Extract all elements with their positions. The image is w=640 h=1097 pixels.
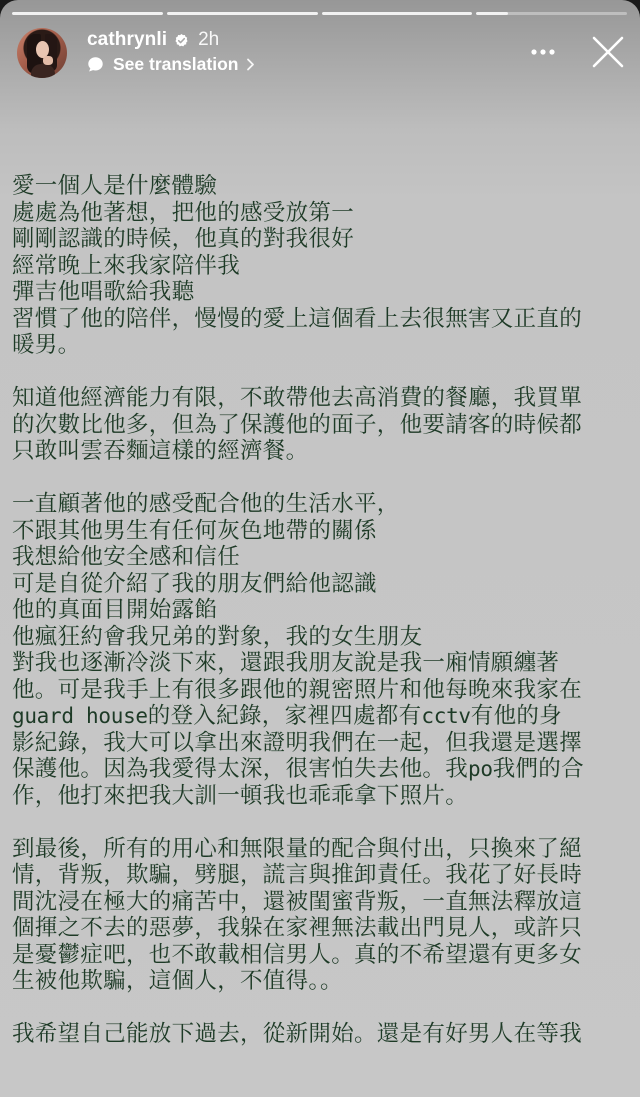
story-text-line: 我想給他安全感和信任	[12, 544, 628, 571]
progress-segment	[322, 12, 473, 15]
story-progress-bar	[12, 12, 627, 15]
see-translation-button[interactable]: See translation	[87, 53, 255, 75]
story-header: cathrynli 2h See translation	[17, 26, 626, 80]
story-text-line: 間沈浸在極大的痛苦中，還被閨蜜背叛，一直無法釋放這	[12, 889, 628, 916]
story-text-line: 他瘋狂約會我兄弟的對象，我的女生朋友	[12, 624, 628, 651]
progress-segment	[476, 12, 627, 15]
story-text-line: 不跟其他男生有任何灰色地帶的關係	[12, 518, 628, 545]
post-time: 2h	[198, 29, 219, 51]
progress-segment	[167, 12, 318, 15]
story-text-line: 一直顧著他的感受配合他的生活水平，	[12, 491, 628, 518]
verified-badge-icon	[174, 33, 189, 48]
story-paragraph: 到最後，所有的用心和無限量的配合與付出，只換來了絕情，背叛，欺騙，劈腿，謊言與推…	[12, 836, 628, 995]
story-text-line: 到最後，所有的用心和無限量的配合與付出，只換來了絕	[12, 836, 628, 863]
story-text-line: guard house的登入紀錄，家裡四處都有cctv有他的身	[12, 703, 628, 730]
story-text-line: 對我也逐漸冷淡下來，還跟我朋友說是我一廂情願纏著	[12, 650, 628, 677]
more-dots-icon	[530, 48, 556, 56]
story-text-line: 他的真面目開始露餡	[12, 597, 628, 624]
story-text-content: 愛一個人是什麼體驗處處為他著想，把他的感受放第一剛剛認識的時候，他真的對我很好經…	[12, 173, 628, 1074]
story-text-line: 情，背叛，欺騙，劈腿，謊言與推卸責任。我花了好長時	[12, 862, 628, 889]
story-text-line: 知道他經濟能力有限，不敢帶他去高消費的餐廳，我買單	[12, 385, 628, 412]
more-options-button[interactable]	[528, 40, 558, 64]
story-text-line: 習慣了他的陪伴，慢慢的愛上這個看上去很無害又正直的	[12, 306, 628, 333]
story-text-line: 我希望自己能放下過去，從新開始。還是有好男人在等我	[12, 1021, 628, 1048]
story-paragraph: 愛一個人是什麼體驗處處為他著想，把他的感受放第一剛剛認識的時候，他真的對我很好經…	[12, 173, 628, 359]
progress-segment-fill	[322, 12, 473, 15]
story-paragraph: 我希望自己能放下過去，從新開始。還是有好男人在等我	[12, 1021, 628, 1048]
progress-segment-fill	[167, 12, 318, 15]
story-text-line: 的次數比他多，但為了保護他的面子，他要請客的時候都	[12, 412, 628, 439]
progress-segment-fill	[12, 12, 163, 15]
progress-segment	[12, 12, 163, 15]
story-text-line: 彈吉他唱歌給我聽	[12, 279, 628, 306]
story-text-line: 保護他。因為我愛得太深，很害怕失去他。我po我們的合	[12, 756, 628, 783]
story-text-line: 影紀錄，我大可以拿出來證明我們在一起，但我還是選擇	[12, 730, 628, 757]
avatar-body	[31, 64, 55, 78]
user-info: cathrynli 2h	[87, 28, 219, 52]
story-text-line: 可是自從介紹了我的朋友們給他認識	[12, 571, 628, 598]
story-text-line: 作，他打來把我大訓一頓我也乖乖拿下照片。	[12, 783, 628, 810]
story-text-line: 愛一個人是什麼體驗	[12, 173, 628, 200]
username-link[interactable]: cathrynli	[87, 29, 167, 51]
story-text-line: 暖男。	[12, 332, 628, 359]
story-text-line: 是憂鬱症吧，也不敢載相信男人。真的不希望還有更多女	[12, 942, 628, 969]
story-viewer[interactable]: cathrynli 2h See translation	[0, 0, 640, 1097]
story-paragraph: 知道他經濟能力有限，不敢帶他去高消費的餐廳，我買單的次數比他多，但為了保護他的面…	[12, 385, 628, 465]
story-text-line: 剛剛認識的時候，他真的對我很好	[12, 226, 628, 253]
story-text-line: 經常晚上來我家陪伴我	[12, 253, 628, 280]
story-text-line: 只敢叫雲吞麵這樣的經濟餐。	[12, 438, 628, 465]
chevron-right-icon	[246, 58, 255, 71]
story-text-line: 他。可是我手上有很多跟他的親密照片和他每晚來我家在	[12, 677, 628, 704]
see-translation-label: See translation	[113, 54, 238, 75]
speech-bubble-icon	[87, 56, 104, 73]
avatar-hand	[43, 56, 53, 65]
avatar[interactable]	[17, 28, 67, 78]
progress-segment-fill	[476, 12, 508, 15]
story-text-line: 生被他欺騙，這個人，不值得。。	[12, 968, 628, 995]
close-icon	[590, 34, 626, 70]
close-button[interactable]	[590, 34, 626, 70]
story-paragraph: 一直顧著他的感受配合他的生活水平，不跟其他男生有任何灰色地帶的關係我想給他安全感…	[12, 491, 628, 809]
story-text-line: 個揮之不去的惡夢，我躲在家裡無法載出門見人，或許只	[12, 915, 628, 942]
story-text-line: 處處為他著想，把他的感受放第一	[12, 200, 628, 227]
